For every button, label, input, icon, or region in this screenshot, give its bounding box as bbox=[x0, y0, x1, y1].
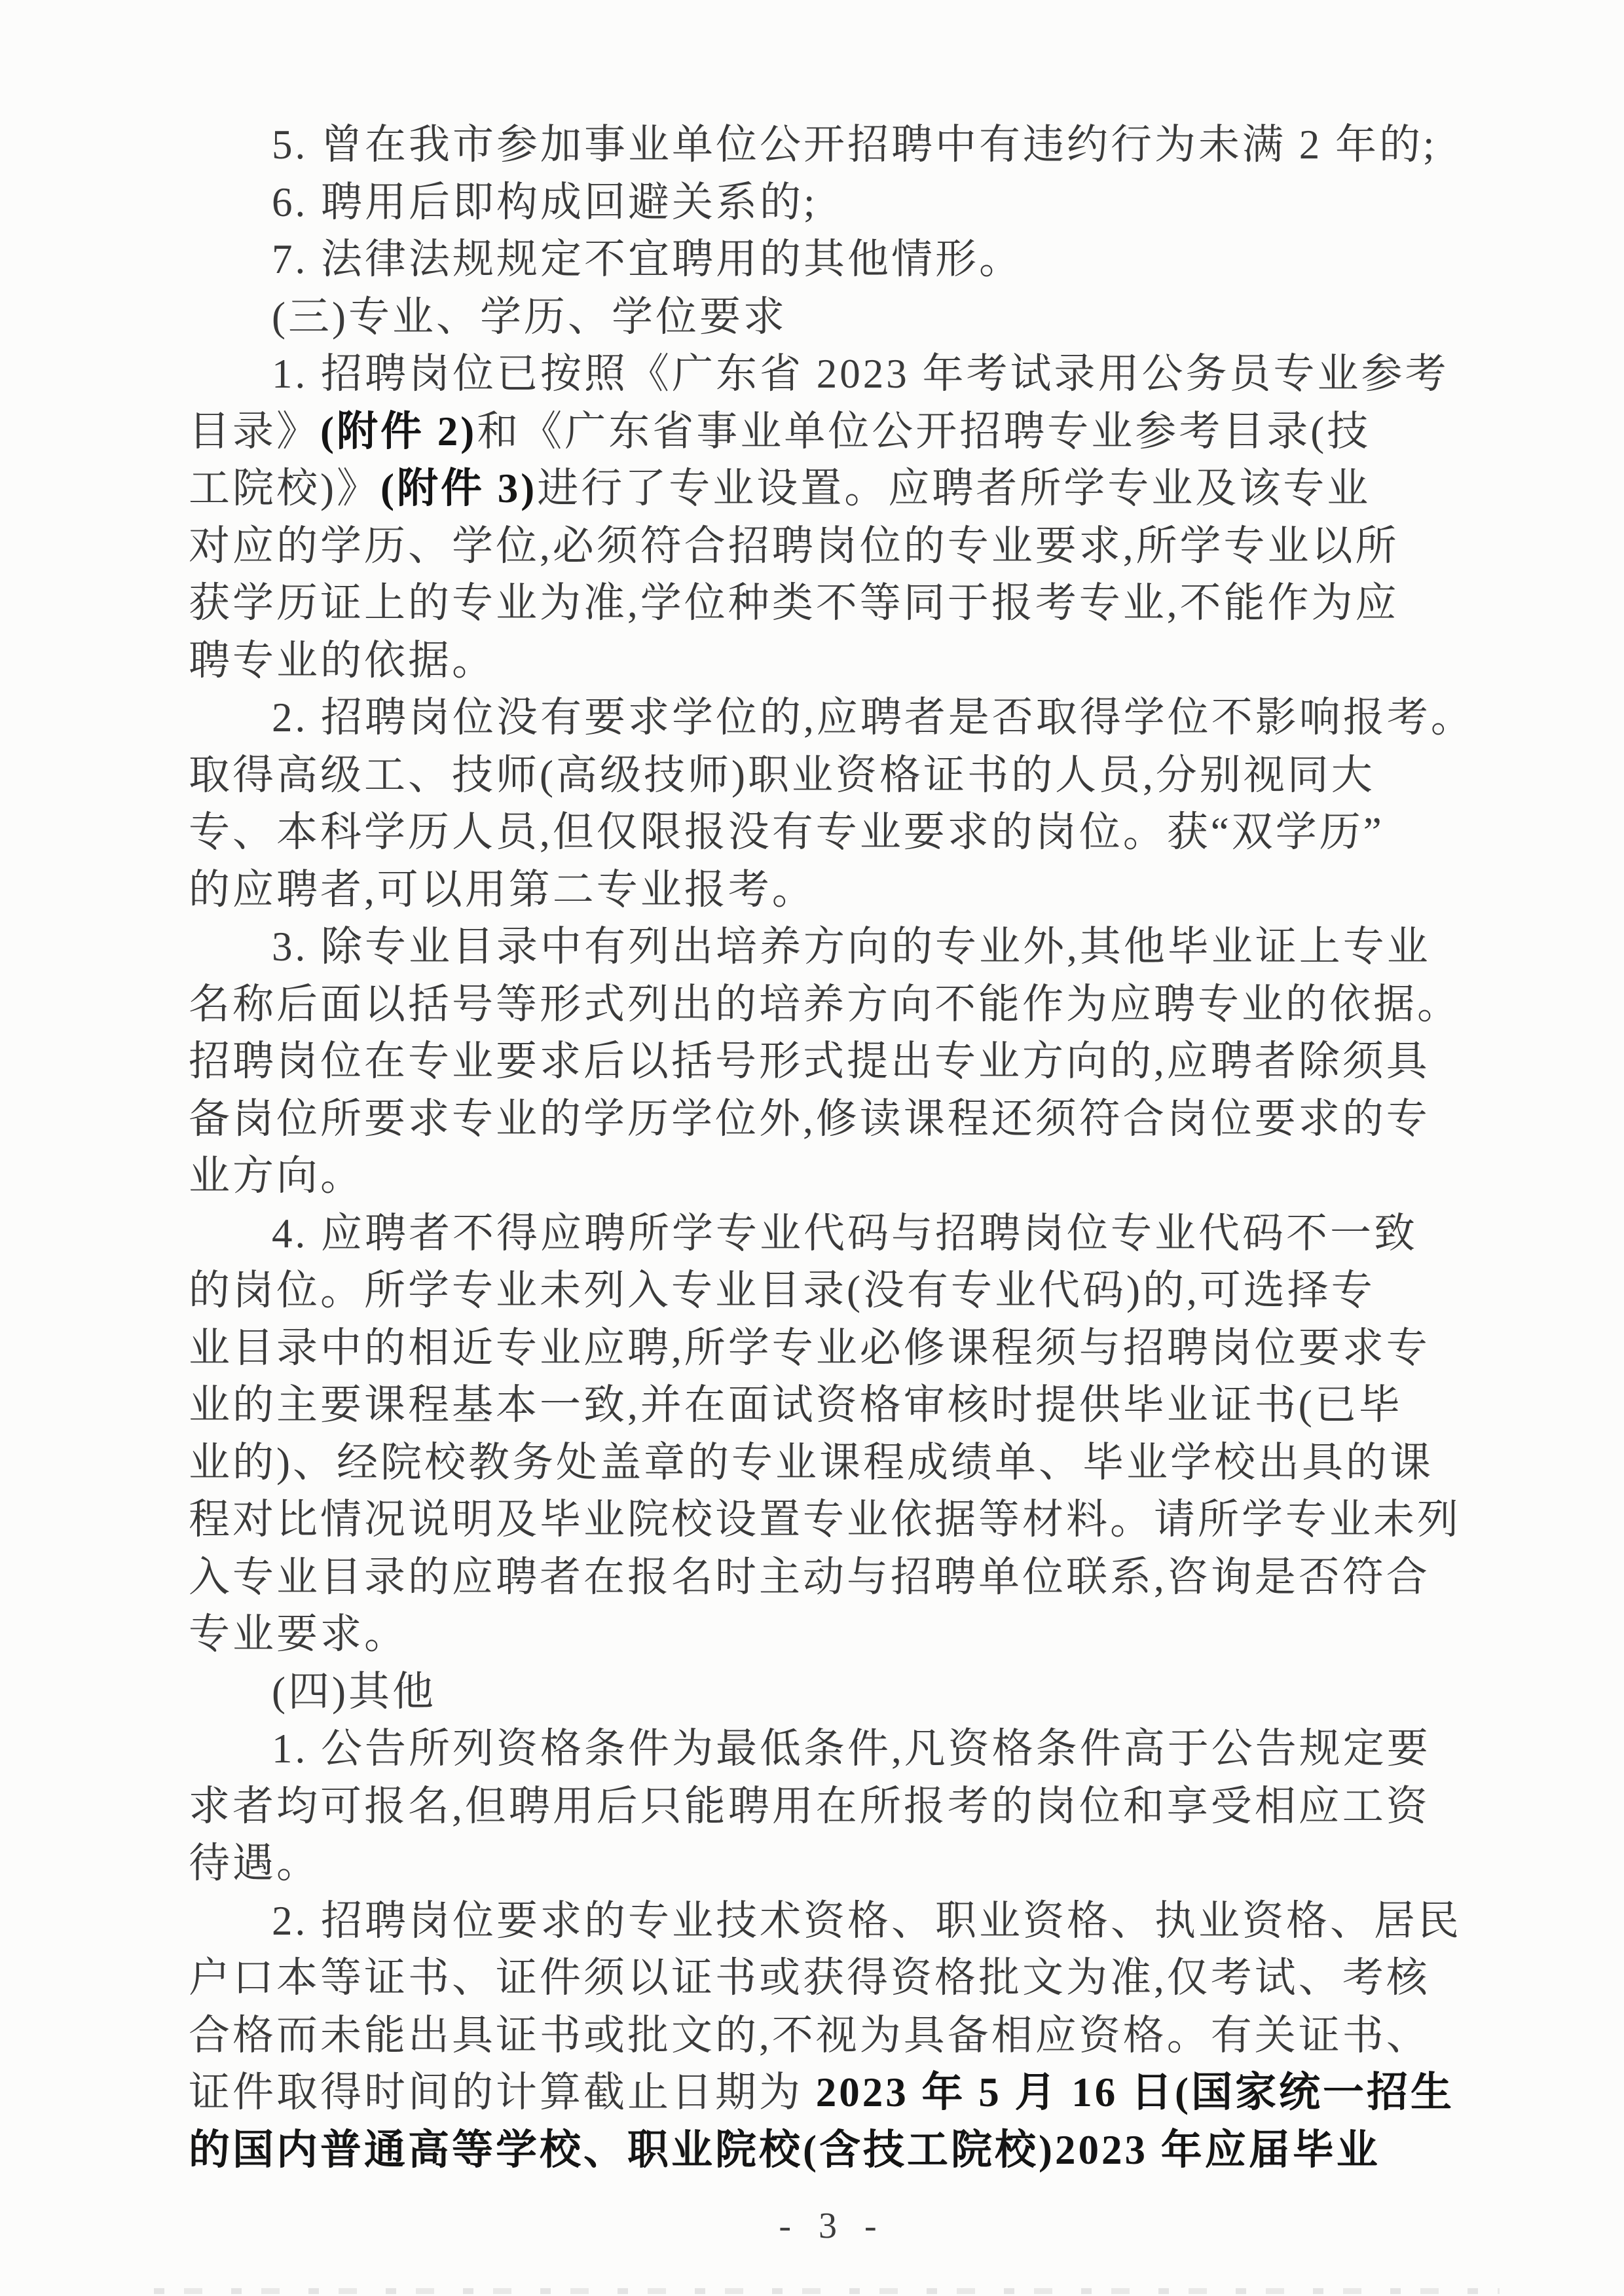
page-footer: - 3 - bbox=[0, 2197, 1624, 2255]
text-run: 获学历证上的专业为准,学位种类不等同于报考专业,不能作为应 bbox=[189, 580, 1399, 626]
text-run: 程对比情况说明及毕业院校设置专业依据等材料。请所学专业未列 bbox=[189, 1497, 1461, 1542]
text-run: 2. 招聘岗位要求的专业技术资格、职业资格、执业资格、居民 bbox=[272, 1898, 1462, 1944]
text-line: 业目录中的相近专业应聘,所学专业必修课程须与招聘岗位要求专 bbox=[189, 1320, 1452, 1377]
text-line: 名称后面以括号等形式列出的培养方向不能作为应聘专业的依据。 bbox=[189, 976, 1452, 1034]
text-line: 取得高级工、技师(高级技师)职业资格证书的人员,分别视同大 bbox=[189, 747, 1452, 805]
text-line: 招聘岗位在专业要求后以括号形式提出专业方向的,应聘者除须具 bbox=[189, 1033, 1452, 1091]
text-run: 3. 除专业目录中有列出培养方向的专业外,其他毕业证上专业 bbox=[272, 924, 1431, 970]
text-line: 的岗位。所学专业未列入专业目录(没有专业代码)的,可选择专 bbox=[189, 1262, 1452, 1320]
text-line: 目录》(附件 2)和《广东省事业单位公开招聘专业参考目录(技 bbox=[189, 403, 1452, 461]
text-run: 招聘岗位在专业要求后以括号形式提出专业方向的,应聘者除须具 bbox=[189, 1038, 1430, 1084]
text-line: 入专业目录的应聘者在报名时主动与招聘单位联系,咨询是否符合 bbox=[189, 1549, 1452, 1607]
text-line: 的应聘者,可以用第二专业报考。 bbox=[189, 862, 1452, 919]
bold-text-run: (附件 2) bbox=[320, 409, 477, 454]
text-line: 的国内普通高等学校、职业院校(含技工院校)2023 年应届毕业 bbox=[189, 2122, 1452, 2179]
text-line: 专、本科学历人员,但仅限报没有专业要求的岗位。获“双学历” bbox=[189, 804, 1452, 862]
text-run: 待遇。 bbox=[189, 1840, 320, 1886]
text-line: (三)专业、学历、学位要求 bbox=[189, 289, 1452, 346]
text-line: 1. 招聘岗位已按照《广东省 2023 年考试录用公务员专业参考 bbox=[189, 346, 1452, 403]
scanned-document-page: 5. 曾在我市参加事业单位公开招聘中有违约行为未满 2 年的;6. 聘用后即构成… bbox=[0, 0, 1624, 2296]
text-run: 1. 公告所列资格条件为最低条件,凡资格条件高于公告规定要 bbox=[272, 1726, 1431, 1772]
document-body: 5. 曾在我市参加事业单位公开招聘中有违约行为未满 2 年的;6. 聘用后即构成… bbox=[189, 117, 1452, 2179]
bold-text-run: 的国内普通高等学校、职业院校(含技工院校)2023 年应届毕业 bbox=[189, 2127, 1380, 2173]
text-line: 合格而未能出具证书或批文的,不视为具备相应资格。有关证书、 bbox=[189, 2007, 1452, 2065]
text-line: 备岗位所要求专业的学历学位外,修读课程还须符合岗位要求的专 bbox=[189, 1091, 1452, 1148]
text-run: 和《广东省事业单位公开招聘专业参考目录(技 bbox=[477, 409, 1371, 454]
text-line: 1. 公告所列资格条件为最低条件,凡资格条件高于公告规定要 bbox=[189, 1721, 1452, 1778]
text-line: 5. 曾在我市参加事业单位公开招聘中有违约行为未满 2 年的; bbox=[189, 117, 1452, 174]
text-line: 户口本等证书、证件须以证书或获得资格批文为准,仅考试、考核 bbox=[189, 1950, 1452, 2007]
text-line: 3. 除专业目录中有列出培养方向的专业外,其他毕业证上专业 bbox=[189, 919, 1452, 976]
text-line: (四)其他 bbox=[189, 1664, 1452, 1721]
text-run: (三)专业、学历、学位要求 bbox=[272, 294, 787, 340]
text-line: 业方向。 bbox=[189, 1148, 1452, 1205]
text-line: 程对比情况说明及毕业院校设置专业依据等材料。请所学专业未列 bbox=[189, 1491, 1452, 1549]
text-run: 2. 招聘岗位没有要求学位的,应聘者是否取得学位不影响报考。 bbox=[272, 695, 1475, 740]
text-run: 证件取得时间的计算截止日期为 bbox=[189, 2069, 816, 2115]
text-run: 4. 应聘者不得应聘所学专业代码与招聘岗位专业代码不一致 bbox=[272, 1211, 1418, 1256]
text-run: 户口本等证书、证件须以证书或获得资格批文为准,仅考试、考核 bbox=[189, 1955, 1430, 2001]
text-run: 6. 聘用后即构成回避关系的; bbox=[272, 179, 818, 225]
text-run: 业目录中的相近专业应聘,所学专业必修课程须与招聘岗位要求专 bbox=[189, 1325, 1430, 1371]
text-run: 名称后面以括号等形式列出的培养方向不能作为应聘专业的依据。 bbox=[189, 981, 1461, 1027]
bold-text-run: (附件 3) bbox=[380, 465, 537, 511]
text-line: 工院校)》(附件 3)进行了专业设置。应聘者所学专业及该专业 bbox=[189, 460, 1452, 518]
text-run: 1. 招聘岗位已按照《广东省 2023 年考试录用公务员专业参考 bbox=[272, 351, 1449, 397]
text-line: 4. 应聘者不得应聘所学专业代码与招聘岗位专业代码不一致 bbox=[189, 1205, 1452, 1263]
text-line: 6. 聘用后即构成回避关系的; bbox=[189, 174, 1452, 232]
text-run: 取得高级工、技师(高级技师)职业资格证书的人员,分别视同大 bbox=[189, 752, 1375, 798]
text-run: 求者均可报名,但聘用后只能聘用在所报考的岗位和享受相应工资 bbox=[189, 1783, 1430, 1829]
text-line: 专业要求。 bbox=[189, 1606, 1452, 1664]
bold-text-run: 2023 年 5 月 16 日(国家统一招生 bbox=[816, 2069, 1454, 2115]
text-line: 获学历证上的专业为准,学位种类不等同于报考专业,不能作为应 bbox=[189, 575, 1452, 632]
text-line: 待遇。 bbox=[189, 1835, 1452, 1893]
scan-artifact-next-line-edge bbox=[154, 2288, 1500, 2294]
text-run: 进行了专业设置。应聘者所学专业及该专业 bbox=[537, 465, 1371, 511]
text-run: (四)其他 bbox=[272, 1669, 436, 1715]
page-number: - 3 - bbox=[779, 2197, 885, 2255]
text-run: 的应聘者,可以用第二专业报考。 bbox=[189, 867, 816, 913]
text-run: 业的主要课程基本一致,并在面试资格审核时提供毕业证书(已毕 bbox=[189, 1382, 1403, 1428]
text-line: 7. 法律法规规定不宜聘用的其他情形。 bbox=[189, 231, 1452, 289]
text-run: 专、本科学历人员,但仅限报没有专业要求的岗位。获“双学历” bbox=[189, 809, 1384, 855]
text-run: 入专业目录的应聘者在报名时主动与招聘单位联系,咨询是否符合 bbox=[189, 1554, 1430, 1600]
text-run: 专业要求。 bbox=[189, 1611, 408, 1657]
text-line: 2. 招聘岗位要求的专业技术资格、职业资格、执业资格、居民 bbox=[189, 1893, 1452, 1950]
text-line: 对应的学历、学位,必须符合招聘岗位的专业要求,所学专业以所 bbox=[189, 518, 1452, 575]
text-line: 证件取得时间的计算截止日期为 2023 年 5 月 16 日(国家统一招生 bbox=[189, 2064, 1452, 2122]
text-run: 聘专业的依据。 bbox=[189, 638, 496, 683]
text-run: 备岗位所要求专业的学历学位外,修读课程还须符合岗位要求的专 bbox=[189, 1096, 1430, 1142]
text-line: 业的主要课程基本一致,并在面试资格审核时提供毕业证书(已毕 bbox=[189, 1377, 1452, 1434]
text-run: 的岗位。所学专业未列入专业目录(没有专业代码)的,可选择专 bbox=[189, 1267, 1375, 1313]
text-run: 业的)、经院校教务处盖章的专业课程成绩单、毕业学校出具的课 bbox=[189, 1440, 1433, 1485]
text-run: 5. 曾在我市参加事业单位公开招聘中有违约行为未满 2 年的; bbox=[272, 122, 1437, 168]
text-run: 工院校)》 bbox=[189, 465, 380, 511]
text-run: 7. 法律法规规定不宜聘用的其他情形。 bbox=[272, 236, 1023, 282]
text-run: 业方向。 bbox=[189, 1153, 364, 1199]
text-run: 合格而未能出具证书或批文的,不视为具备相应资格。有关证书、 bbox=[189, 2013, 1430, 2058]
text-line: 求者均可报名,但聘用后只能聘用在所报考的岗位和享受相应工资 bbox=[189, 1778, 1452, 1836]
text-run: 目录》 bbox=[189, 409, 320, 454]
text-line: 2. 招聘岗位没有要求学位的,应聘者是否取得学位不影响报考。 bbox=[189, 689, 1452, 747]
text-run: 对应的学历、学位,必须符合招聘岗位的专业要求,所学专业以所 bbox=[189, 523, 1399, 569]
text-line: 业的)、经院校教务处盖章的专业课程成绩单、毕业学校出具的课 bbox=[189, 1434, 1452, 1492]
text-line: 聘专业的依据。 bbox=[189, 632, 1452, 690]
